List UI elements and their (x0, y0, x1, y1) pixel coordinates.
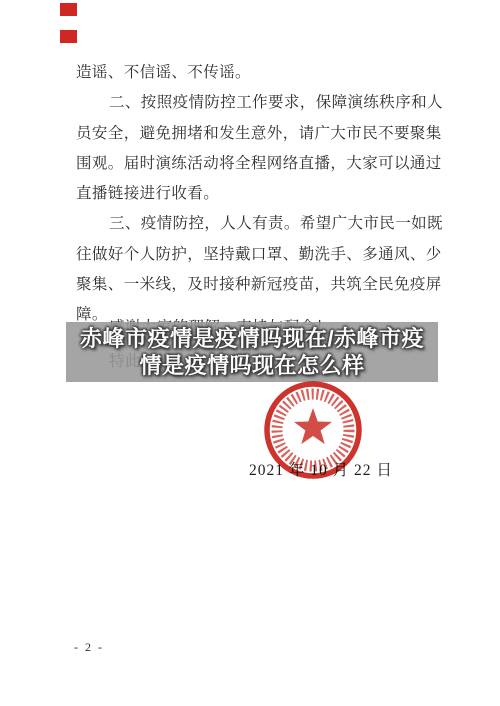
page-number: - 2 - (74, 640, 104, 655)
headline-line-2: 情是疫情吗现在怎么样 (139, 352, 364, 379)
red-square-marker-icon (60, 3, 77, 16)
document-line: 员安全，避免拥堵和发生意外，请广大市民不要聚集 (76, 119, 430, 149)
document-line: 围观。届时演练活动将全程网络直播，大家可以通过 (76, 149, 430, 179)
document-line: 往做好个人防护，坚持戴口罩、勤洗手、多通风、少 (76, 240, 430, 270)
document-line: 三、疫情防控，人人有责。希望广大市民一如既 (76, 209, 430, 239)
document-line: 直播链接进行收看。 (76, 179, 430, 209)
document-line: 聚集、一米线，及时接种新冠疫苗，共筑全民免疫屏 (76, 270, 430, 300)
official-seal-icon (261, 380, 365, 484)
headline-line-1: 赤峰市疫情是疫情吗现在/赤峰市疫 (80, 325, 424, 352)
notice-body: 造谣、不信谣、不传谣。 二、按照疫情防控工作要求，保障演练秩序和人 员安全，避免… (76, 58, 430, 331)
document-page: 造谣、不信谣、不传谣。 二、按照疫情防控工作要求，保障演练秩序和人 员安全，避免… (0, 0, 500, 706)
document-line: 造谣、不信谣、不传谣。 (76, 58, 430, 88)
document-line: 二、按照疫情防控工作要求，保障演练秩序和人 (76, 88, 430, 118)
red-square-marker-icon (60, 30, 77, 43)
headline-overlay: 赤峰市疫情是疫情吗现在/赤峰市疫 情是疫情吗现在怎么样 (66, 322, 438, 382)
star-icon (294, 408, 332, 444)
